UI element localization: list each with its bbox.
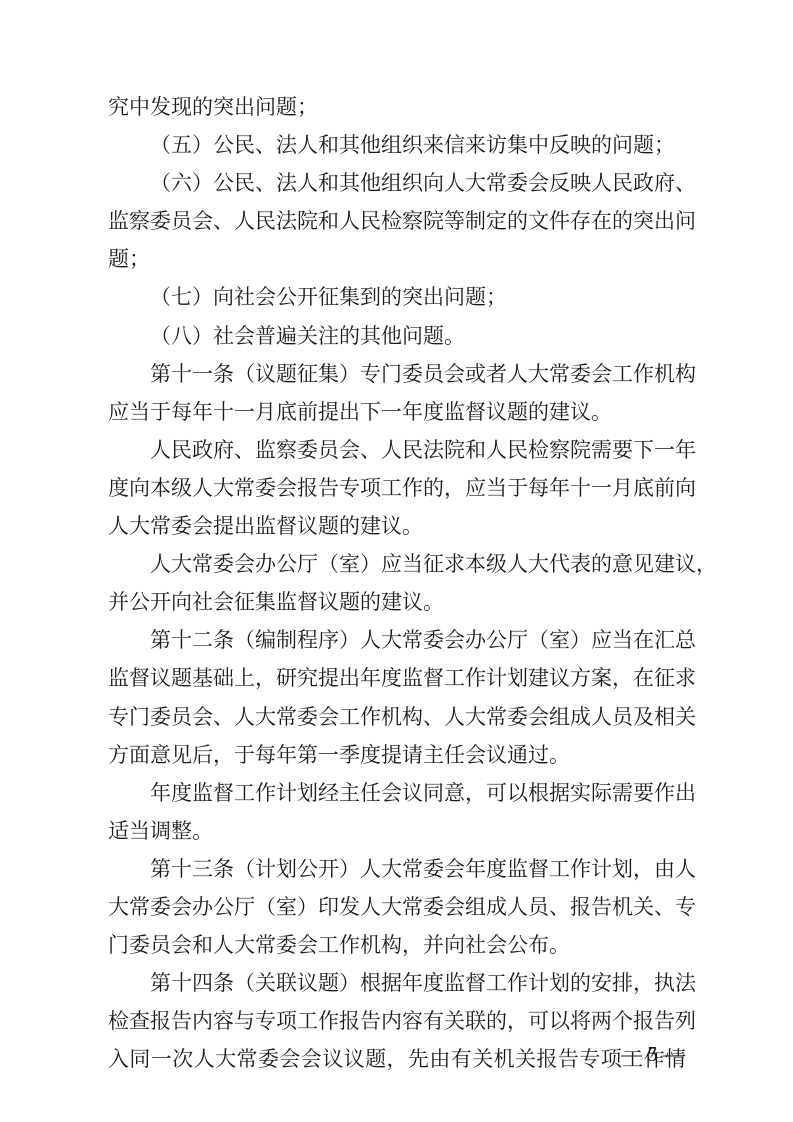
text-line: 题；	[108, 240, 686, 278]
article-12-line: 第十二条（编制程序）人大常委会办公厅（室）应当在汇总	[108, 621, 686, 659]
text-line: 并公开向社会征集监督议题的建议。	[108, 583, 686, 621]
text-line: 适当调整。	[108, 812, 686, 850]
text-line: 检查报告内容与专项工作报告内容有关联的，可以将两个报告列	[108, 1002, 686, 1040]
text-line: 入同一次人大常委会会议议题，先由有关机关报告专项工作情	[108, 1040, 686, 1078]
page-number: — 5 —	[621, 1042, 684, 1067]
text-line: 人大常委会提出监督议题的建议。	[108, 507, 686, 545]
text-line: （六）公民、法人和其他组织向人大常委会反映人民政府、	[108, 164, 686, 202]
text-line: 究中发现的突出问题；	[108, 88, 686, 126]
article-14-line: 第十四条（关联议题）根据年度监督工作计划的安排，执法	[108, 964, 686, 1002]
text-line: 监察委员会、人民法院和人民检察院等制定的文件存在的突出问	[108, 202, 686, 240]
text-line: 专门委员会、人大常委会工作机构、人大常委会组成人员及相关	[108, 698, 686, 736]
text-line: 监督议题基础上，研究提出年度监督工作计划建议方案，在征求	[108, 659, 686, 697]
text-line: （七）向社会公开征集到的突出问题；	[108, 278, 686, 316]
article-11-line: 第十一条（议题征集）专门委员会或者人大常委会工作机构	[108, 355, 686, 393]
text-line: 度向本级人大常委会报告专项工作的，应当于每年十一月底前向	[108, 469, 686, 507]
text-line: 方面意见后，于每年第一季度提请主任会议通过。	[108, 736, 686, 774]
text-line: 年度监督工作计划经主任会议同意，可以根据实际需要作出	[108, 774, 686, 812]
text-line: （五）公民、法人和其他组织来信来访集中反映的问题；	[108, 126, 686, 164]
text-line: 大常委会办公厅（室）印发人大常委会组成人员、报告机关、专	[108, 888, 686, 926]
text-line: 人民政府、监察委员会、人民法院和人民检察院需要下一年	[108, 431, 686, 469]
article-13-line: 第十三条（计划公开）人大常委会年度监督工作计划，由人	[108, 850, 686, 888]
document-body: 究中发现的突出问题； （五）公民、法人和其他组织来信来访集中反映的问题； （六）…	[108, 88, 686, 1078]
text-line: 应当于每年十一月底前提出下一年度监督议题的建议。	[108, 393, 686, 431]
text-line: （八）社会普遍关注的其他问题。	[108, 317, 686, 355]
text-line: 人大常委会办公厅（室）应当征求本级人大代表的意见建议，	[108, 545, 686, 583]
document-page: 究中发现的突出问题； （五）公民、法人和其他组织来信来访集中反映的问题； （六）…	[0, 0, 793, 1122]
text-line: 门委员会和人大常委会工作机构，并向社会公布。	[108, 926, 686, 964]
